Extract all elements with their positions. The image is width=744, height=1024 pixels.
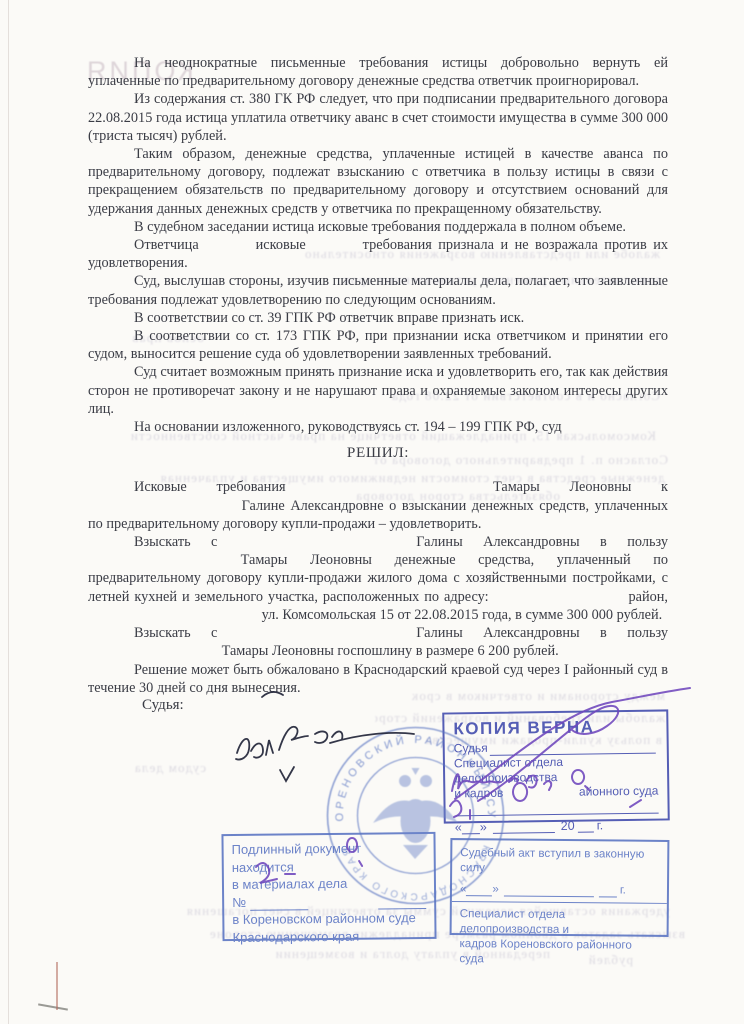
year-suffix: г.	[620, 883, 626, 898]
redaction-gap	[238, 544, 396, 546]
blank-year	[599, 885, 617, 897]
paragraph: На основании изложенного, руководствуясь…	[88, 418, 668, 436]
court-round-seal: КОРЕНОВСКИЙ РАЙОННЫЙ СУД КРАСНОДАРСКОГО …	[323, 723, 508, 908]
paragraph: Суд, выслушав стороны, изучив письменные…	[88, 272, 668, 308]
paragraph: Суд считает возможным принять признание …	[88, 363, 668, 418]
paragraph: В судебном заседании истица исковые треб…	[88, 218, 668, 236]
paragraph: В соответствии со ст. 39 ГПК РФ ответчик…	[88, 309, 668, 327]
scan-edge-line	[8, 0, 9, 1024]
redaction-gap	[312, 247, 356, 249]
redaction-gap	[88, 653, 218, 655]
blank-case-number	[250, 897, 308, 911]
redaction-gap	[205, 247, 249, 249]
double-eagle-emblem	[373, 768, 458, 859]
redaction-gap	[88, 562, 218, 564]
checkmark-ink	[280, 767, 294, 781]
paragraph: Ответчица исковые требования признала и …	[88, 236, 668, 272]
judge-label: Судья:	[142, 697, 184, 714]
paragraph: Решение может быть обжаловано в Краснода…	[88, 661, 668, 697]
blank-month	[504, 885, 594, 898]
number-sign: №	[232, 893, 246, 911]
blank-year	[578, 820, 594, 832]
bleed-through-text: судом дела	[86, 760, 206, 776]
orig-stamp-line4: Краснодарского края	[232, 926, 426, 946]
paragraph: Из содержания ст. 380 ГК РФ следует, что…	[88, 90, 668, 145]
paragraph: Исковые требования Тамары Леоновны к Гал…	[88, 478, 668, 533]
scan-red-mark	[56, 962, 58, 1010]
paragraph: Взыскать с Галины Александровны в пользу…	[88, 624, 668, 660]
redaction-gap	[238, 635, 396, 637]
year-suffix: г.	[597, 818, 604, 832]
paragraph: На неоднократные письменные требования и…	[88, 54, 668, 90]
paragraph: Таким образом, денежные средства, уплаче…	[88, 145, 668, 218]
orig-stamp-line3: в Кореновском районном суде	[232, 909, 426, 929]
copy-stamp-court-label: айонного суда	[579, 784, 659, 800]
scan-corner-mark	[38, 1003, 68, 1010]
force-stamp-line2: Специалист отдела делопроизводства и	[460, 906, 659, 938]
paragraph: В соответствии со ст. 173 ГПК РФ, при пр…	[88, 327, 668, 363]
force-stamp-line3: кадров Кореновского районного суда	[459, 936, 658, 968]
redaction-gap	[88, 508, 236, 510]
resolution-heading: РЕШИЛ:	[88, 444, 668, 462]
redaction-gap	[88, 617, 258, 619]
redaction-gap	[315, 489, 463, 491]
redaction-gap	[494, 599, 624, 601]
document-body: На неоднократные письменные требования и…	[88, 54, 668, 697]
year-prefix: 20	[561, 819, 575, 833]
paragraph: Взыскать с Галины Александровны в пользу…	[88, 533, 668, 624]
scanned-court-decision-page: КОПИЯ жалобе или представлению возражени…	[0, 0, 744, 1024]
